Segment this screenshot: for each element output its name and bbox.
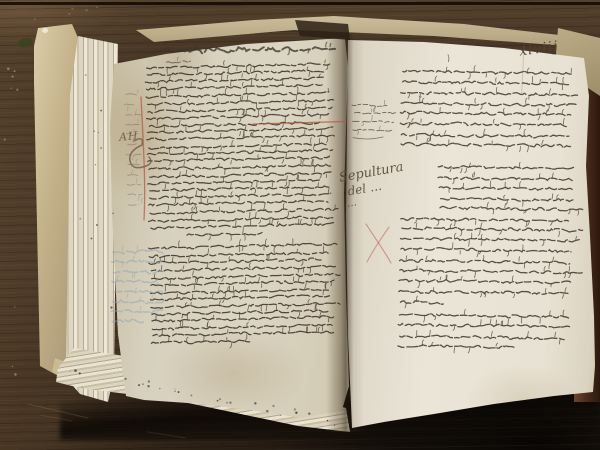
left-margin-mark: AH <box>118 129 139 144</box>
plank-seam <box>0 2 600 5</box>
right-page <box>344 36 600 432</box>
book-gutter <box>326 34 364 432</box>
photo-scene: xlviij Sepultura del … … AH <box>0 0 600 450</box>
left-page <box>106 34 352 420</box>
cover-corner-highlight <box>42 28 48 33</box>
